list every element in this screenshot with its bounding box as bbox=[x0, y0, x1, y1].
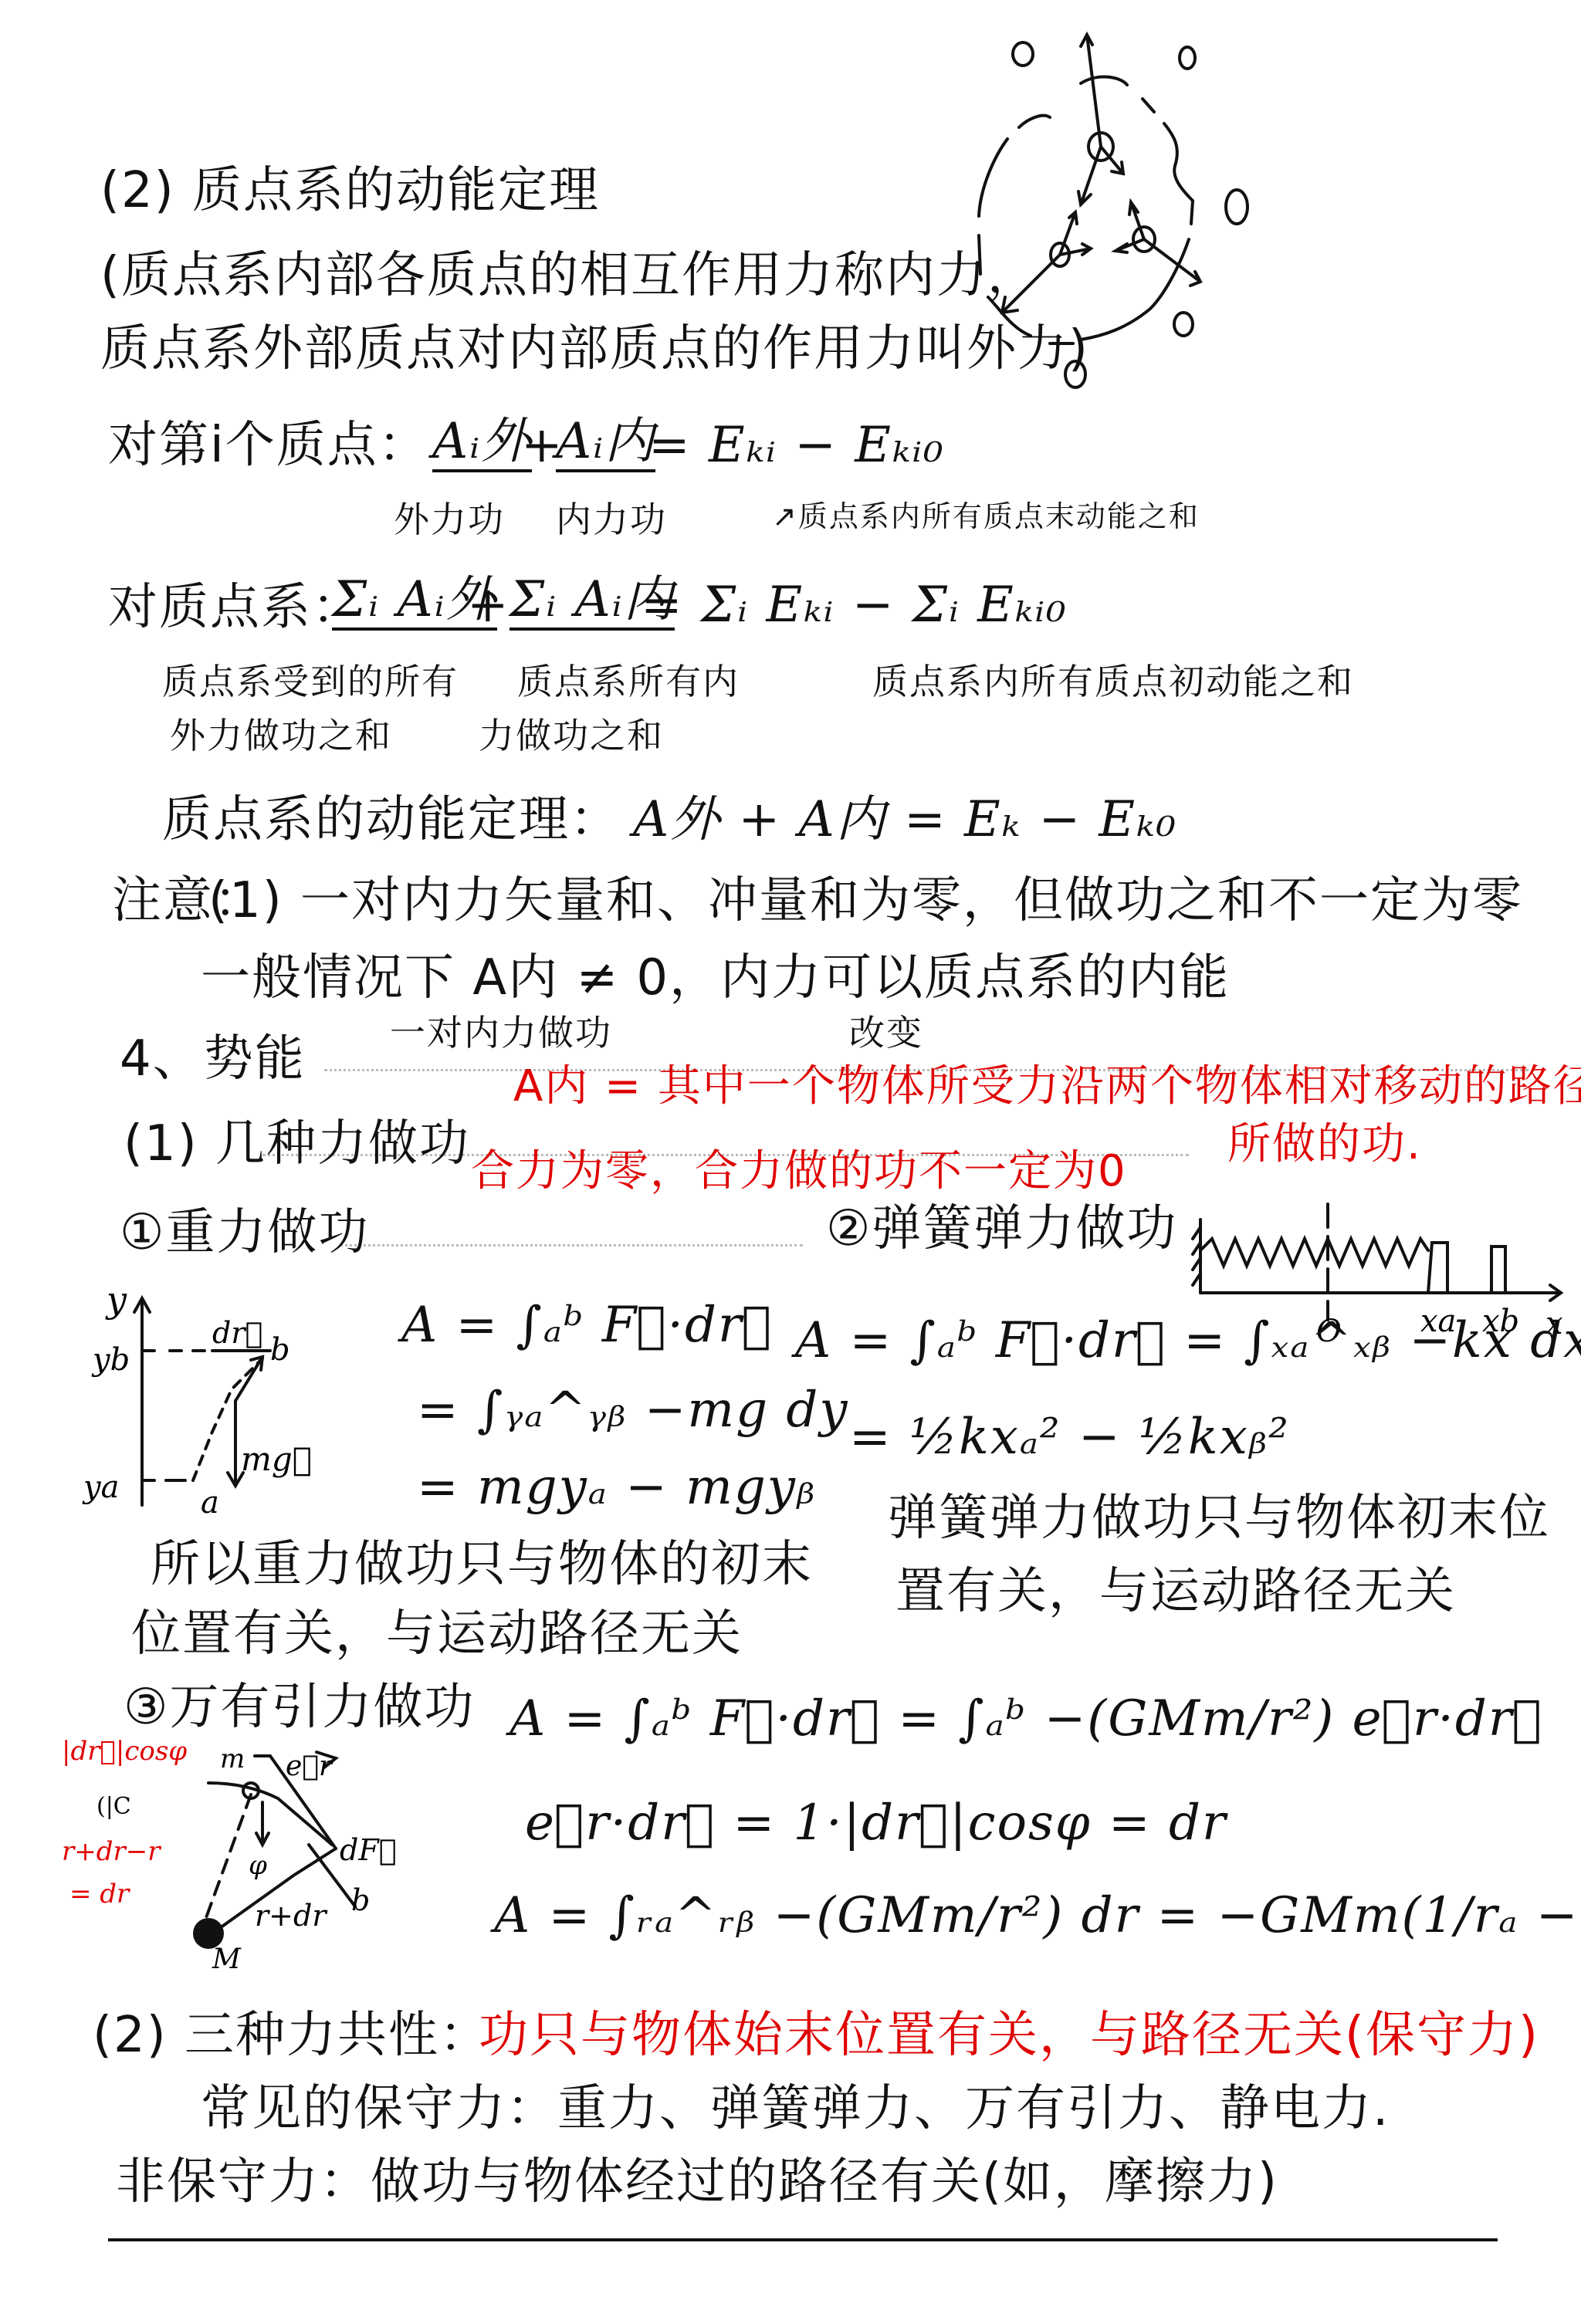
section-heading-ke-theorem: (2) 质点系的动能定理 bbox=[100, 166, 600, 215]
system-rhs: = Σᵢ Eₖᵢ − Σᵢ Eₖᵢ₀ bbox=[641, 580, 1068, 630]
ext-work-note: 外力功 bbox=[394, 502, 505, 537]
mg-label: mg⃗ bbox=[241, 1440, 312, 1478]
gravity-diagram: y yb ya a b dr⃗ mg⃗ bbox=[77, 1266, 401, 1528]
common-property-red: 功只与物体始末位置有关，与路径无关(保守力) bbox=[479, 2011, 1539, 2060]
er-label: e⃗r bbox=[286, 1751, 333, 1782]
mass-m-label: m bbox=[220, 1744, 245, 1774]
pair-force-annotation: 一对内力做功 bbox=[390, 1015, 612, 1050]
note-1: (1) 一对内力矢量和、冲量和为零，但做功之和不一定为零 bbox=[208, 876, 1523, 925]
final-ke-note: ↗质点系内所有质点末动能之和 bbox=[772, 502, 1200, 531]
gravity-conclusion-2: 位置有关，与运动路径无关 bbox=[131, 1609, 743, 1659]
gravitation-diagram: |dr⃗|cosφ (|C r+dr−r = dr m e⃗r dF⃗ φ b … bbox=[62, 1737, 494, 1968]
gravitation-eq-2: e⃗r·dr⃗ = 1·|dr⃗|cosφ = dr bbox=[525, 1798, 1227, 1848]
note-2: 一般情况下 A内 ≠ 0，内力可以质点系的内能 bbox=[201, 953, 1230, 1003]
common-property-label: (2) 三种力共性： bbox=[93, 2011, 490, 2060]
system-plus: + bbox=[467, 580, 510, 630]
gravity-heading: ①重力做功 bbox=[120, 1208, 369, 1257]
red-definition-line-2: 所做的功. bbox=[1227, 1123, 1422, 1166]
point-a-label: a bbox=[201, 1485, 219, 1521]
red-definition-line-3: 合力为零，合力做的功不一定为0 bbox=[471, 1150, 1127, 1193]
system-label: 对质点系： bbox=[108, 583, 363, 632]
red-definition-line-1: A内 = 其中一个物体所受力沿两个物体相对移动的路径 bbox=[513, 1065, 1581, 1108]
spring-heading: ②弹簧弹力做功 bbox=[826, 1204, 1177, 1253]
spring-eq-2: = ½kxₐ² − ½kxᵦ² bbox=[849, 1412, 1290, 1462]
gravity-conclusion-1: 所以重力做功只与物体的初末 bbox=[151, 1540, 813, 1589]
mass-M-label: M bbox=[212, 1943, 242, 1975]
section-heading-potential-energy: 4、势能 bbox=[120, 1034, 306, 1084]
spring-eq-1: A = ∫ₐᵇ F⃗·dr⃗ = ∫ₓₐ^ₓᵦ −kx dx bbox=[795, 1316, 1581, 1365]
gravity-eq-1: A = ∫ₐᵇ F⃗·dr⃗ bbox=[401, 1301, 773, 1350]
dF-label: dF⃗ bbox=[340, 1833, 397, 1867]
gravity-eq-3: = mgyₐ − mgyᵦ bbox=[417, 1463, 816, 1512]
single-rhs: = Eₖᵢ − Eₖᵢ₀ bbox=[648, 421, 945, 470]
note-2-insert: 改变 bbox=[849, 1015, 923, 1050]
spring-conclusion-1: 弹簧弹力做功只与物体初末位 bbox=[888, 1494, 1550, 1543]
red-note-r-diff: r+dr−r bbox=[62, 1836, 161, 1867]
black-note: (|C bbox=[96, 1793, 131, 1820]
single-particle-label: 对第i个质点： bbox=[108, 421, 429, 470]
definition-line-2: 质点系外部质点对内部质点的作用力叫外力) bbox=[100, 324, 1089, 374]
r-dr-label: r+dr bbox=[255, 1899, 328, 1933]
ya-label: ya bbox=[82, 1470, 119, 1505]
int-sum-note-1: 质点系所有内 bbox=[517, 664, 740, 699]
point-b-label: b bbox=[270, 1332, 290, 1368]
nonconservative-forces-note: 非保守力：做功与物体经过的路径有关(如，摩擦力) bbox=[116, 2157, 1278, 2207]
definition-line-1: (质点系内部各质点的相互作用力称内力， bbox=[100, 251, 1038, 300]
theorem-equation: A外 + A内 = Eₖ − Eₖ₀ bbox=[633, 795, 1177, 844]
gravitation-eq-3: A = ∫ᵣₐ^ᵣᵦ −(GMm/r²) dr = −GMm(1/rₐ − 1/… bbox=[494, 1891, 1581, 1940]
red-note-dr-cos: |dr⃗|cosφ bbox=[62, 1736, 187, 1767]
gravity-eq-2: = ∫ᵧₐ^ᵧᵦ −mg dy bbox=[417, 1385, 849, 1435]
init-ke-note: 质点系内所有质点初动能之和 bbox=[872, 664, 1354, 699]
point-b-label-grav: b bbox=[351, 1883, 370, 1917]
theorem-label: 质点系的动能定理： bbox=[162, 795, 621, 844]
page-bottom-rule bbox=[108, 2238, 1498, 2241]
gravitation-eq-1: A = ∫ₐᵇ F⃗·dr⃗ = ∫ₐᵇ −(GMm/r²) e⃗r·dr⃗ bbox=[510, 1694, 1543, 1744]
yb-label: yb bbox=[91, 1342, 130, 1378]
subsection-several-forces: (1) 几种力做功 bbox=[124, 1119, 470, 1169]
y-axis-label: y bbox=[105, 1279, 127, 1321]
int-work-note: 内力功 bbox=[556, 502, 667, 537]
dr-label: dr⃗ bbox=[212, 1316, 262, 1350]
conservative-forces-list: 常见的保守力：重力、弹簧弹力、万有引力、静电力. bbox=[201, 2084, 1390, 2133]
spring-conclusion-2: 置有关，与运动路径无关 bbox=[895, 1567, 1456, 1616]
red-note-equals-dr: = dr bbox=[69, 1879, 130, 1910]
gravitation-heading: ③万有引力做功 bbox=[124, 1683, 475, 1732]
phi-label: φ bbox=[249, 1850, 267, 1881]
ext-sum-note-1: 质点系受到的所有 bbox=[162, 664, 459, 699]
ext-sum-note-2: 外力做功之和 bbox=[170, 718, 392, 753]
int-sum-note-2: 力做功之和 bbox=[479, 718, 664, 753]
single-ext-work: Aᵢ外 bbox=[432, 417, 532, 472]
single-int-work: Aᵢ内 bbox=[556, 417, 655, 472]
